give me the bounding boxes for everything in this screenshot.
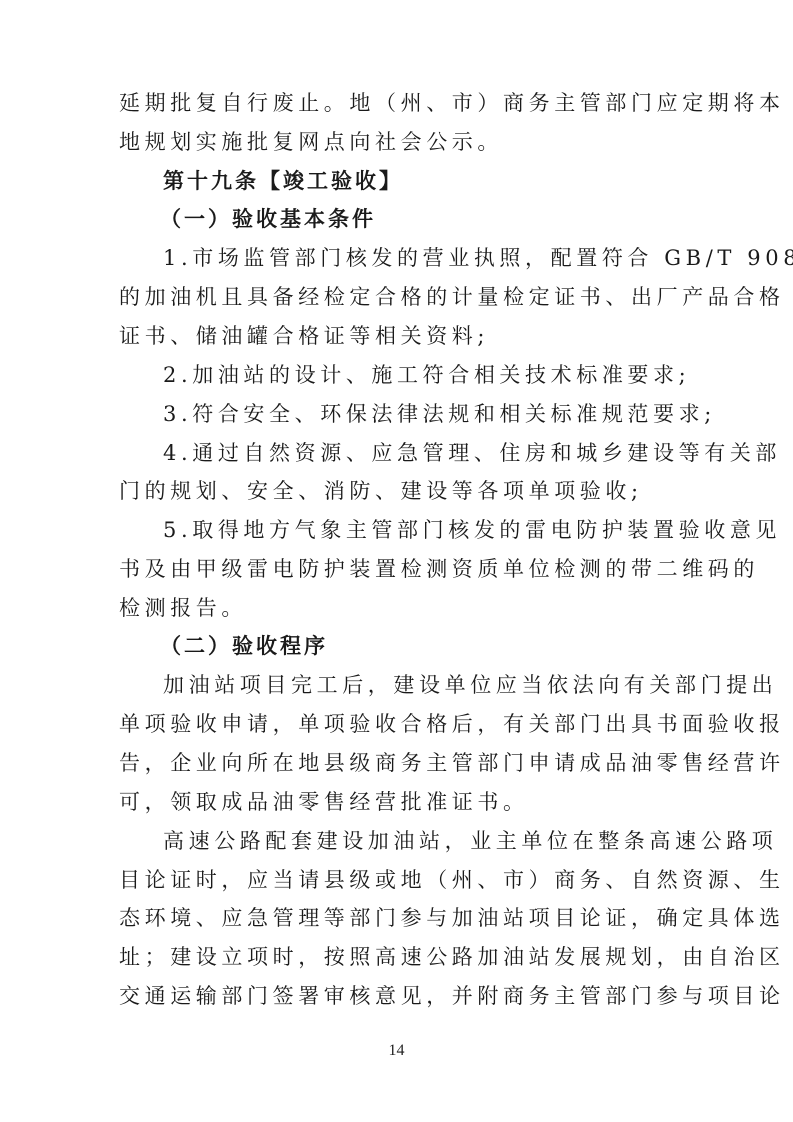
body-line: 检测报告。 — [119, 593, 679, 623]
list-item: 5.取得地方气象主管部门核发的雷电防护装置验收意见 — [163, 515, 723, 545]
list-item: 3.符合安全、环保法律法规和相关标准规范要求; — [163, 399, 723, 429]
body-line: 交通运输部门签署审核意见，并附商务主管部门参与项目论 — [119, 981, 679, 1011]
document-page: 延期批复自行废止。地（州、市）商务主管部门应定期将本 地规划实施批复网点向社会公… — [0, 0, 793, 1122]
body-line: 单项验收申请，单项验收合格后，有关部门出具书面验收报 — [119, 709, 679, 739]
section-heading: （一）验收基本条件 — [160, 204, 720, 234]
body-line: 目论证时，应当请县级或地（州、市）商务、自然资源、生 — [119, 865, 679, 895]
body-line: 告，企业向所在地县级商务主管部门申请成品油零售经营许 — [119, 748, 679, 778]
list-item: 1.市场监管部门核发的营业执照，配置符合 GB/T 9081 — [163, 243, 723, 273]
paragraph-start: 加油站项目完工后，建设单位应当依法向有关部门提出 — [163, 670, 723, 700]
article-heading: 第十九条【竣工验收】 — [163, 166, 723, 196]
body-line: 址；建设立项时，按照高速公路加油站发展规划，由自治区 — [119, 942, 679, 972]
paragraph-start: 高速公路配套建设加油站，业主单位在整条高速公路项 — [163, 826, 723, 856]
list-item: 2.加油站的设计、施工符合相关技术标准要求; — [163, 360, 723, 390]
body-line: 可，领取成品油零售经营批准证书。 — [119, 787, 679, 817]
body-line: 态环境、应急管理等部门参与加油站项目论证，确定具体选 — [119, 903, 679, 933]
page-number: 14 — [0, 1042, 793, 1060]
body-line: 的加油机且具备经检定合格的计量检定证书、出厂产品合格 — [119, 282, 679, 312]
body-line: 门的规划、安全、消防、建设等各项单项验收; — [119, 476, 679, 506]
body-line: 书及由甲级雷电防护装置检测资质单位检测的带二维码的 — [119, 554, 679, 584]
body-line: 证书、储油罐合格证等相关资料; — [119, 321, 679, 351]
body-line: 地规划实施批复网点向社会公示。 — [119, 127, 679, 157]
body-line: 延期批复自行废止。地（州、市）商务主管部门应定期将本 — [119, 88, 679, 118]
list-item: 4.通过自然资源、应急管理、住房和城乡建设等有关部 — [163, 438, 723, 468]
section-heading: （二）验收程序 — [160, 631, 720, 661]
